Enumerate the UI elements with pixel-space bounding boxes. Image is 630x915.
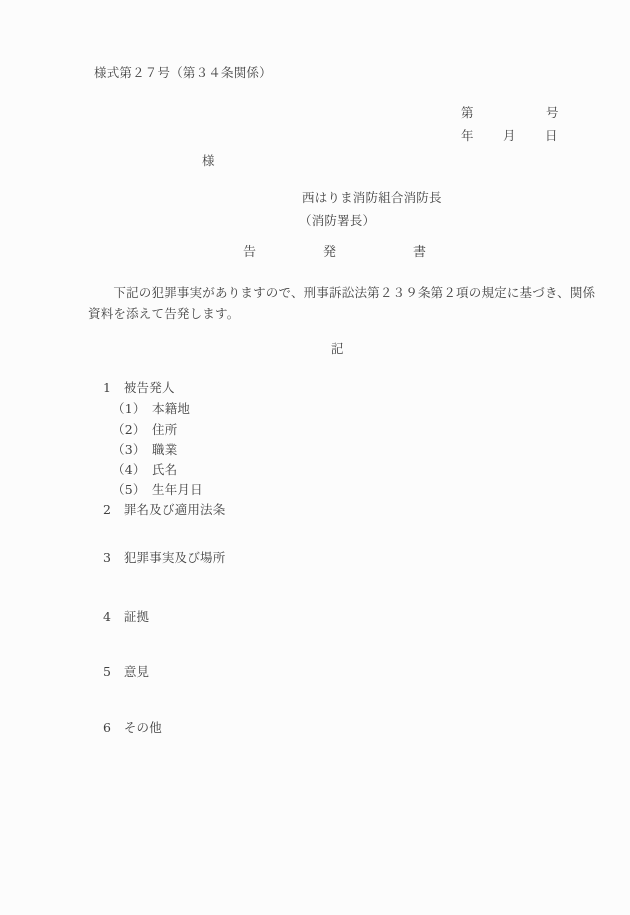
- sender-name: 西はりま消防組合消防長: [302, 191, 442, 205]
- document-title-char-3: 書: [413, 246, 426, 261]
- list-item-2: 2 罪名及び適用法条: [103, 503, 225, 517]
- body-paragraph-line-1: 下記の犯罪事実がありますので、刑事訴訟法第２３９条第２項の規定に基づき、関係: [88, 286, 595, 300]
- doc-number-suffix-label: 号: [546, 106, 559, 120]
- form-number: 様式第２７号（第３４条関係）: [94, 66, 272, 80]
- list-item-3: 3 犯罪事実及び場所: [103, 551, 225, 565]
- date-month-label: 月: [503, 129, 516, 143]
- document-page: 様式第２７号（第３４条関係） 第 号 年 月 日 様 西はりま消防組合消防長 （…: [0, 0, 630, 915]
- addressee-honorific: 様: [202, 154, 215, 168]
- list-item-6: 6 その他: [103, 721, 162, 735]
- list-subitem-1-1: （1） 本籍地: [112, 402, 190, 416]
- list-subitem-1-3: （3） 職業: [112, 443, 177, 457]
- section-marker: 記: [331, 342, 344, 356]
- list-subitem-1-2: （2） 住所: [112, 423, 177, 437]
- body-paragraph-line-2: 資料を添えて告発します。: [88, 307, 239, 321]
- sender-subtitle: （消防署長）: [299, 214, 375, 228]
- list-item-1: 1 被告発人: [103, 381, 175, 395]
- date-day-label: 日: [545, 129, 558, 143]
- document-title-char-1: 告: [243, 246, 256, 261]
- list-subitem-1-5: （5） 生年月日: [112, 483, 203, 497]
- list-subitem-1-4: （4） 氏名: [112, 463, 177, 477]
- list-item-4: 4 証拠: [103, 610, 149, 624]
- list-item-5: 5 意見: [103, 665, 149, 679]
- doc-number-prefix-label: 第: [461, 106, 474, 120]
- date-year-label: 年: [461, 129, 474, 143]
- document-title-char-2: 発: [323, 246, 336, 261]
